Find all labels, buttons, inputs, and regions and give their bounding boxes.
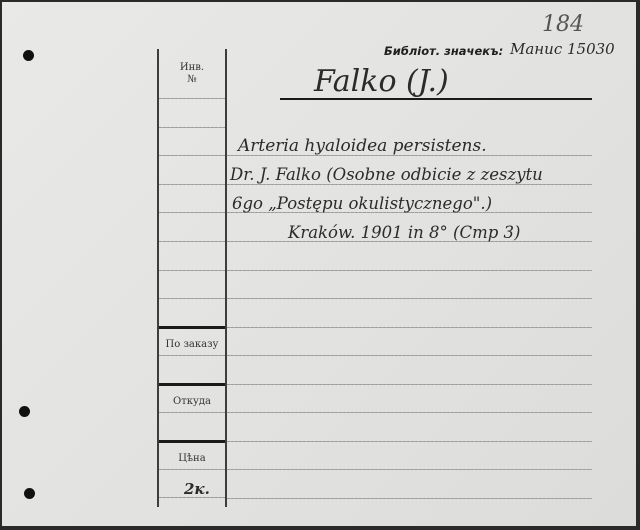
price-value: 2к. [184,480,210,498]
library-mark-value: Манис 15030 [510,40,615,58]
main-rule [227,384,592,385]
punch-hole-middle [19,406,30,417]
entry-line-1: Arteria hyaloidea persistens. [238,136,487,156]
order-label: По заказу [159,339,225,350]
inventory-number-sign: № [159,74,225,86]
library-mark-label: Библіот. значекъ: [384,44,503,58]
left-section-divider [159,383,225,386]
left-rule [159,241,225,242]
left-section-divider [159,326,225,329]
entry-line-3: 6go „Postępu okulistycznego".) [232,194,492,213]
left-column-border-right [225,49,227,507]
left-rule [159,469,225,470]
main-rule [227,441,592,442]
main-rule [227,184,592,185]
entry-line-4: Kraków. 1901 in 8° (Cmp 3) [288,223,520,242]
main-rule [227,412,592,413]
left-rule [159,155,225,156]
punch-hole-top [23,50,34,61]
main-rule [227,469,592,470]
inventory-label-line1: Инв. [159,62,225,74]
catalog-number: 184 [542,12,584,37]
main-rule [227,498,592,499]
left-section-divider [159,440,225,443]
inventory-label: Инв. № [159,62,225,86]
left-rule [159,355,225,356]
main-rule [227,298,592,299]
main-rule [227,327,592,328]
author-heading: Falko (J.) [314,64,449,99]
entry-line-2: Dr. J. Falko (Osobne odbicie z zeszytu [230,165,543,184]
left-rule [159,212,225,213]
left-rule [159,298,225,299]
price-label: Цѣна [159,453,225,464]
left-rule [159,127,225,128]
left-column-border-left [157,49,159,507]
left-rule [159,98,225,99]
left-rule [159,270,225,271]
author-underline [280,98,592,100]
main-rule [227,270,592,271]
catalog-card: 184 Библіот. значекъ: Манис 15030 Falko … [2,2,636,526]
left-rule [159,412,225,413]
left-rule [159,184,225,185]
source-label: Откуда [159,396,225,407]
left-rule [159,497,225,498]
punch-hole-bottom [24,488,35,499]
main-rule [227,355,592,356]
